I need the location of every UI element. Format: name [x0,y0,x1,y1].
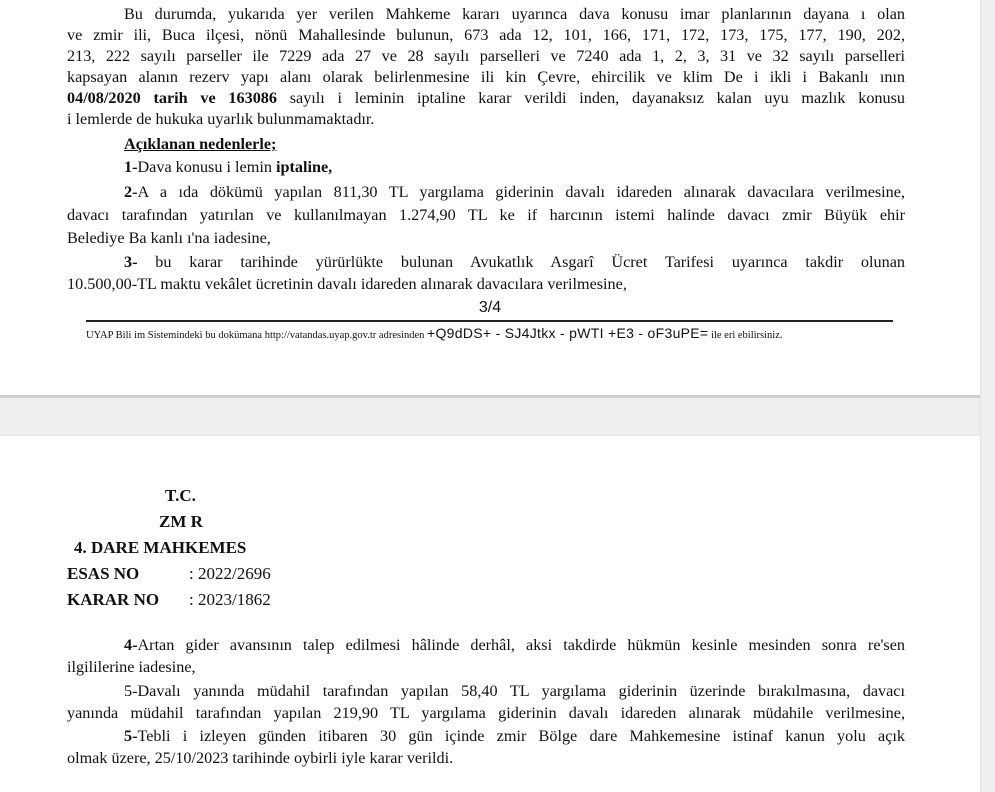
uyap-footer: UYAP Bili im Sistemindeki bu dokümana ht… [86,325,893,344]
header-court: 4. DARE MAHKEMES [74,535,246,561]
footer-divider [86,320,893,322]
paragraph-line: 213, 222 sayılı parseller ile 7229 ada 2… [67,46,905,67]
ruling-item-2: 2-A a ıda dökümü yapılan 811,30 TL yargı… [67,182,905,203]
esas-no-row: ESAS NO: 2022/2696 [67,561,271,587]
ruling-item-5b: 5-Tebli i izleyen günden itibaren 30 gün… [67,726,905,747]
paragraph-line: i lemlerde de hukuka uyarlık bulunmamakt… [67,109,905,130]
ruling-item-4: 4-Artan gider avansının talep edilmesi h… [67,635,905,656]
paragraph-line: 04/08/2020 tarih ve 163086 sayılı i lemi… [67,88,905,109]
header-tc: T.C. [165,483,196,509]
header-city: ZM R [159,509,203,535]
paragraph-line: davacı tarafından yatırılan ve kullanılm… [67,205,905,226]
paragraph-line: 10.500,00-TL maktu vekâlet ücretinin dav… [67,274,905,295]
verification-code: +Q9dDS+ - SJ4Jtkx - pWTI +E3 - oF3uPE= [427,325,708,341]
karar-no-label: KARAR NO [67,587,189,613]
decision-reference: 04/08/2020 tarih ve 163086 [67,89,277,107]
esas-no-value: : 2022/2696 [189,564,271,583]
esas-no-label: ESAS NO [67,561,189,587]
karar-no-value: : 2023/1862 [189,590,271,609]
paragraph-line: kapsayan alanın rezerv yapı alanı olarak… [67,67,905,88]
paragraph-line: ilgililerine iadesine, [67,657,905,678]
document-page-4: T.C. ZM R 4. DARE MAHKEMES ESAS NO: 2022… [0,435,980,792]
viewer-scrollbar-track[interactable] [980,0,995,792]
section-heading: Açıklanan nedenlerle; [67,134,905,155]
ruling-item-5a: 5-Davalı yanında müdahil tarafından yapı… [67,681,905,702]
paragraph-line: olmak üzere, 25/10/2023 tarihinde oybirl… [67,748,905,769]
paragraph-line: Bu durumda, yukarıda yer verilen Mahkeme… [67,4,905,25]
ruling-item-1: 1-Dava konusu i lemin iptaline, [67,157,905,178]
paragraph-line: ve zmir ili, Buca ilçesi, nönü Mahallesi… [67,25,905,46]
document-page-3: Bu durumda, yukarıda yer verilen Mahkeme… [0,0,980,398]
paragraph-line: yanında müdahil tarafından yapılan 219,9… [67,703,905,724]
page-separator [0,398,980,435]
page-number: 3/4 [0,299,980,317]
paragraph-line: Belediye Ba kanlı ı'na iadesine, [67,228,905,249]
karar-no-row: KARAR NO: 2023/1862 [67,587,271,613]
ruling-item-3: 3- bu karar tarihinde yürürlükte bulunan… [67,252,905,273]
